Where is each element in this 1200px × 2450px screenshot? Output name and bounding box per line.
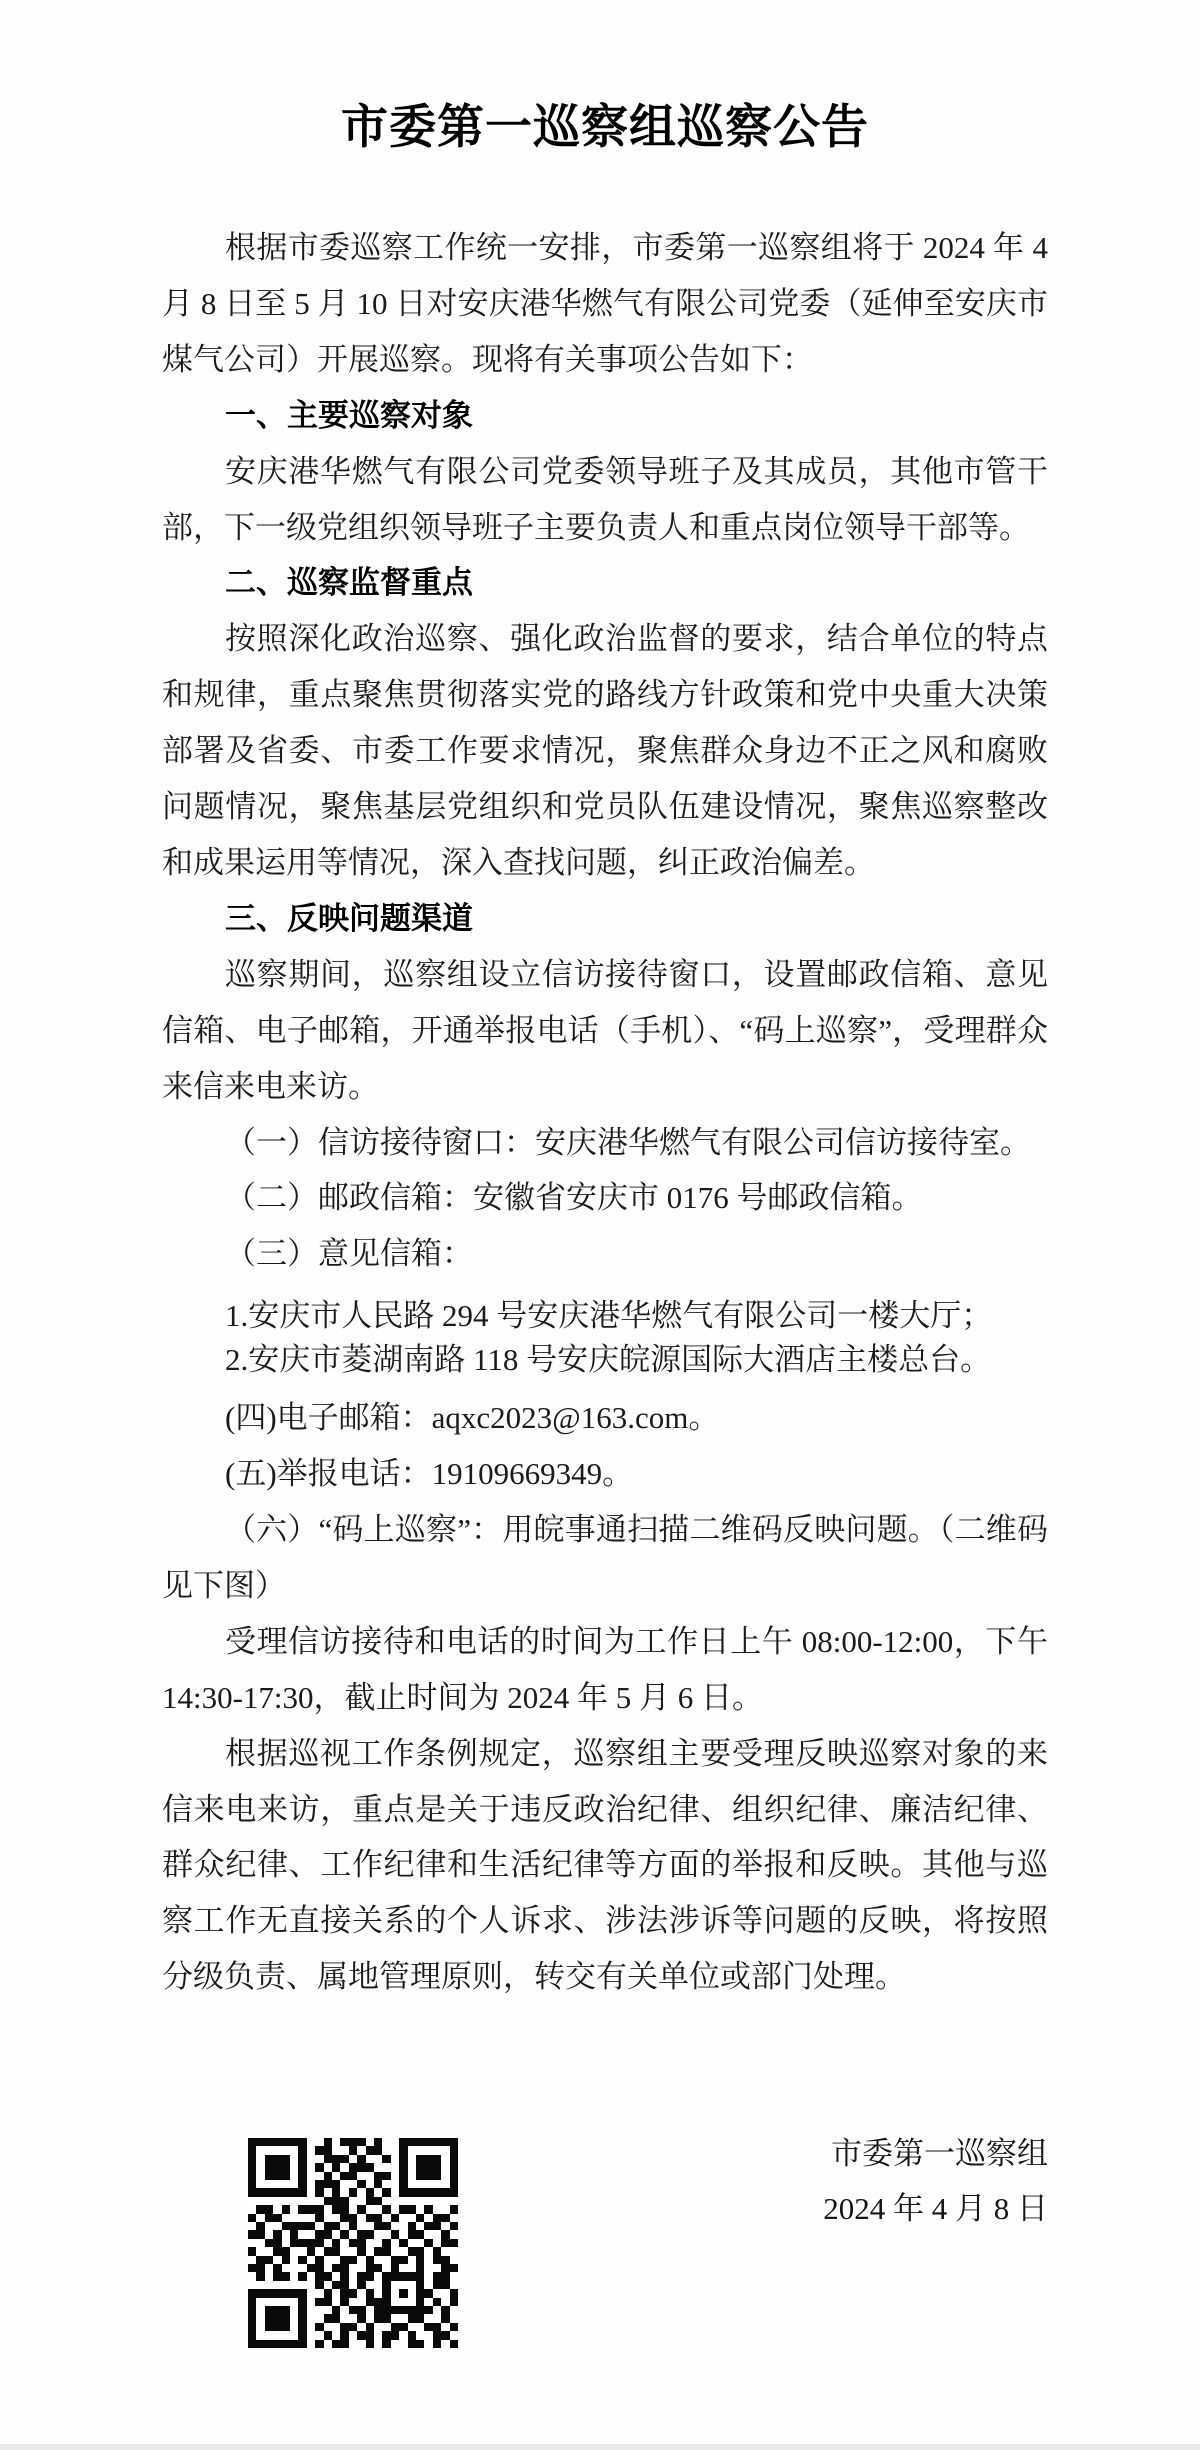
qr-module-light: [248, 2197, 256, 2205]
qr-module-dark: [340, 2172, 348, 2180]
qr-module-light: [424, 2214, 432, 2222]
qr-module-dark: [382, 2188, 390, 2196]
qr-module-dark: [298, 2180, 306, 2188]
qr-module-light: [374, 2323, 382, 2331]
qr-module-light: [391, 2172, 399, 2180]
qr-module-light: [357, 2188, 365, 2196]
qr-module-dark: [248, 2289, 256, 2297]
qr-module-dark: [450, 2180, 458, 2188]
qr-module-light: [424, 2314, 432, 2322]
qr-module-dark: [408, 2306, 416, 2314]
qr-module-light: [349, 2314, 357, 2322]
qr-module-dark: [349, 2188, 357, 2196]
qr-module-dark: [424, 2138, 432, 2146]
qr-module-dark: [307, 2239, 315, 2247]
qr-module-dark: [399, 2163, 407, 2171]
qr-module-light: [307, 2272, 315, 2280]
qr-module-light: [349, 2264, 357, 2272]
qr-module-light: [290, 2146, 298, 2154]
qr-module-dark: [265, 2289, 273, 2297]
qr-module-light: [307, 2314, 315, 2322]
qr-module-light: [265, 2247, 273, 2255]
qr-module-light: [374, 2256, 382, 2264]
qr-module-dark: [399, 2188, 407, 2196]
qr-module-dark: [273, 2138, 281, 2146]
qr-module-dark: [298, 2163, 306, 2171]
qr-module-dark: [273, 2323, 281, 2331]
qr-module-light: [349, 2298, 357, 2306]
qr-module-dark: [416, 2298, 424, 2306]
qr-module-light: [424, 2230, 432, 2238]
qr-module-light: [391, 2289, 399, 2297]
qr-module-light: [332, 2298, 340, 2306]
qr-module-dark: [366, 2256, 374, 2264]
qr-module-dark: [441, 2214, 449, 2222]
qr-module-dark: [256, 2205, 264, 2213]
qr-module-light: [340, 2306, 348, 2314]
qr-module-dark: [399, 2272, 407, 2280]
qr-module-dark: [366, 2331, 374, 2339]
qr-module-dark: [357, 2306, 365, 2314]
qr-module-dark: [382, 2331, 390, 2339]
qr-module-dark: [382, 2155, 390, 2163]
qr-module-dark: [450, 2222, 458, 2230]
qr-module-dark: [357, 2281, 365, 2289]
qr-module-dark: [340, 2272, 348, 2280]
qr-module-dark: [366, 2230, 374, 2238]
qr-module-light: [366, 2138, 374, 2146]
qr-module-dark: [382, 2247, 390, 2255]
qr-module-dark: [315, 2205, 323, 2213]
qr-module-dark: [248, 2163, 256, 2171]
qr-module-dark: [424, 2323, 432, 2331]
qr-module-light: [248, 2222, 256, 2230]
qr-module-dark: [391, 2230, 399, 2238]
qr-module-dark: [357, 2155, 365, 2163]
qr-module-dark: [324, 2180, 332, 2188]
qr-module-dark: [298, 2155, 306, 2163]
qr-module-dark: [357, 2180, 365, 2188]
qr-module-dark: [399, 2205, 407, 2213]
qr-module-light: [357, 2289, 365, 2297]
qr-module-dark: [340, 2230, 348, 2238]
qr-module-light: [307, 2180, 315, 2188]
qr-module-light: [256, 2306, 264, 2314]
qr-module-light: [349, 2247, 357, 2255]
qr-module-light: [366, 2155, 374, 2163]
channel-postal-box: （二）邮政信箱：安徽省安庆市 0176 号邮政信箱。: [162, 1170, 1048, 1226]
qr-module-light: [282, 2331, 290, 2339]
qr-module-dark: [340, 2340, 348, 2348]
qr-module-dark: [374, 2247, 382, 2255]
qr-module-dark: [433, 2172, 441, 2180]
qr-module-dark: [357, 2205, 365, 2213]
qr-module-dark: [282, 2155, 290, 2163]
qr-module-dark: [374, 2264, 382, 2272]
qr-module-dark: [408, 2272, 416, 2280]
qr-module-light: [265, 2180, 273, 2188]
qr-module-dark: [315, 2188, 323, 2196]
qr-module-light: [298, 2247, 306, 2255]
qr-module-dark: [416, 2214, 424, 2222]
qr-module-dark: [273, 2306, 281, 2314]
heading-feedback-channels: 三、反映问题渠道: [162, 891, 1048, 947]
qr-module-light: [273, 2331, 281, 2339]
qr-module-light: [416, 2331, 424, 2339]
qr-module-dark: [408, 2205, 416, 2213]
qr-module-light: [265, 2197, 273, 2205]
qr-module-dark: [399, 2146, 407, 2154]
qr-module-light: [416, 2197, 424, 2205]
qr-module-light: [290, 2272, 298, 2280]
suggestion-box-location-2: 2.安庆市菱湖南路 118 号安庆皖源国际大酒店主楼总台。: [162, 1338, 1048, 1382]
qr-module-light: [382, 2197, 390, 2205]
heading-supervision-focus: 二、巡察监督重点: [162, 555, 1048, 611]
qr-module-dark: [357, 2314, 365, 2322]
qr-module-light: [374, 2230, 382, 2238]
qr-module-dark: [282, 2256, 290, 2264]
qr-module-light: [248, 2272, 256, 2280]
qr-module-light: [265, 2222, 273, 2230]
qr-module-light: [391, 2138, 399, 2146]
qr-module-dark: [399, 2180, 407, 2188]
qr-module-light: [290, 2155, 298, 2163]
qr-module-dark: [416, 2172, 424, 2180]
qr-module-light: [315, 2247, 323, 2255]
qr-module-dark: [282, 2272, 290, 2280]
qr-module-light: [374, 2289, 382, 2297]
qr-module-dark: [340, 2289, 348, 2297]
qr-module-dark: [433, 2214, 441, 2222]
qr-module-light: [433, 2197, 441, 2205]
qr-module-dark: [399, 2256, 407, 2264]
qr-module-light: [374, 2188, 382, 2196]
qr-module-dark: [332, 2306, 340, 2314]
qr-module-dark: [256, 2188, 264, 2196]
qr-module-light: [307, 2138, 315, 2146]
qr-module-light: [408, 2155, 416, 2163]
qr-module-light: [349, 2155, 357, 2163]
scope-paragraph: 根据巡视工作条例规定，巡察组主要受理反映巡察对象的来信来电来访，重点是关于违反政…: [162, 1726, 1048, 2006]
qr-module-dark: [290, 2222, 298, 2230]
qr-module-light: [256, 2214, 264, 2222]
qr-module-light: [399, 2340, 407, 2348]
qr-module-dark: [382, 2205, 390, 2213]
qr-module-dark: [332, 2222, 340, 2230]
qr-module-dark: [433, 2222, 441, 2230]
qr-module-dark: [382, 2239, 390, 2247]
qr-module-dark: [290, 2138, 298, 2146]
qr-module-dark: [324, 2272, 332, 2280]
qr-module-dark: [374, 2222, 382, 2230]
qr-module-light: [391, 2239, 399, 2247]
qr-module-light: [357, 2146, 365, 2154]
qr-module-dark: [391, 2256, 399, 2264]
qr-module-light: [441, 2155, 449, 2163]
qr-module-light: [450, 2331, 458, 2339]
qr-module-dark: [315, 2340, 323, 2348]
qr-module-light: [273, 2197, 281, 2205]
page-bottom-edge: [0, 2444, 1200, 2450]
qr-module-light: [290, 2205, 298, 2213]
channel-suggestion-box: （三）意见信箱：: [162, 1226, 1048, 1282]
qr-module-light: [307, 2155, 315, 2163]
qr-module-light: [248, 2239, 256, 2247]
qr-module-light: [441, 2197, 449, 2205]
qr-module-dark: [450, 2323, 458, 2331]
qr-module-dark: [265, 2314, 273, 2322]
qr-module-light: [416, 2323, 424, 2331]
qr-module-light: [265, 2230, 273, 2238]
qr-module-light: [298, 2197, 306, 2205]
qr-module-light: [273, 2256, 281, 2264]
qr-module-dark: [282, 2314, 290, 2322]
qr-module-light: [324, 2306, 332, 2314]
qr-module-light: [265, 2264, 273, 2272]
qr-module-light: [450, 2314, 458, 2322]
qr-module-light: [324, 2256, 332, 2264]
channel-reception-window: （一）信访接待窗口：安庆港华燃气有限公司信访接待室。: [162, 1115, 1048, 1171]
qr-module-light: [399, 2222, 407, 2230]
qr-module-dark: [441, 2256, 449, 2264]
qr-module-light: [366, 2247, 374, 2255]
qr-module-light: [424, 2256, 432, 2264]
qr-module-light: [307, 2163, 315, 2171]
qr-module-light: [324, 2205, 332, 2213]
qr-module-dark: [248, 2306, 256, 2314]
qr-module-light: [282, 2146, 290, 2154]
qr-module-dark: [374, 2314, 382, 2322]
qr-module-dark: [450, 2163, 458, 2171]
qr-module-light: [307, 2340, 315, 2348]
qr-module-dark: [349, 2256, 357, 2264]
qr-module-light: [416, 2222, 424, 2230]
qr-module-dark: [324, 2172, 332, 2180]
qr-module-dark: [265, 2205, 273, 2213]
qr-module-light: [424, 2272, 432, 2280]
qr-module-dark: [332, 2340, 340, 2348]
qr-module-dark: [450, 2289, 458, 2297]
qr-module-dark: [340, 2323, 348, 2331]
qr-module-dark: [340, 2331, 348, 2339]
qr-module-light: [408, 2197, 416, 2205]
qr-module-light: [298, 2264, 306, 2272]
qr-module-light: [433, 2180, 441, 2188]
qr-module-dark: [324, 2230, 332, 2238]
qr-module-dark: [424, 2289, 432, 2297]
qr-module-dark: [256, 2289, 264, 2297]
qr-module-light: [307, 2146, 315, 2154]
qr-module-light: [256, 2146, 264, 2154]
qr-module-dark: [298, 2272, 306, 2280]
qr-module-dark: [441, 2239, 449, 2247]
qr-module-dark: [357, 2239, 365, 2247]
qr-module-light: [366, 2222, 374, 2230]
qr-module-dark: [416, 2289, 424, 2297]
qr-module-dark: [374, 2138, 382, 2146]
qr-module-light: [315, 2331, 323, 2339]
qr-module-light: [265, 2146, 273, 2154]
qr-module-light: [340, 2314, 348, 2322]
focus-paragraph: 按照深化政治巡察、强化政治监督的要求，结合单位的特点和规律，重点聚焦贯彻落实党的…: [162, 611, 1048, 891]
document-body: 根据市委巡察工作统一安排，市委第一巡察组将于 2024 年 4 月 8 日至 5…: [162, 220, 1048, 2005]
qr-module-dark: [324, 2155, 332, 2163]
qr-module-light: [391, 2188, 399, 2196]
qr-module-light: [399, 2314, 407, 2322]
qr-module-light: [349, 2205, 357, 2213]
qr-module-light: [408, 2239, 416, 2247]
qr-module-dark: [282, 2138, 290, 2146]
qr-module-light: [307, 2298, 315, 2306]
intro-paragraph: 根据市委巡察工作统一安排，市委第一巡察组将于 2024 年 4 月 8 日至 5…: [162, 220, 1048, 388]
qr-module-dark: [408, 2314, 416, 2322]
qr-module-light: [391, 2314, 399, 2322]
qr-module-light: [366, 2239, 374, 2247]
qr-module-light: [408, 2298, 416, 2306]
qr-module-light: [374, 2239, 382, 2247]
qr-module-dark: [416, 2306, 424, 2314]
qr-module-light: [282, 2230, 290, 2238]
qr-module-light: [450, 2197, 458, 2205]
qr-module-light: [424, 2146, 432, 2154]
qr-module-light: [248, 2205, 256, 2213]
qr-module-dark: [332, 2314, 340, 2322]
qr-module-light: [441, 2172, 449, 2180]
qr-module-light: [399, 2264, 407, 2272]
qr-module-dark: [273, 2230, 281, 2238]
qr-module-light: [450, 2272, 458, 2280]
qr-module-dark: [433, 2281, 441, 2289]
qr-module-dark: [391, 2306, 399, 2314]
qr-module-light: [366, 2180, 374, 2188]
qr-module-light: [256, 2163, 264, 2171]
qr-module-dark: [273, 2289, 281, 2297]
qr-module-dark: [441, 2230, 449, 2238]
qr-module-light: [307, 2306, 315, 2314]
qr-module-dark: [416, 2281, 424, 2289]
qr-module-dark: [324, 2222, 332, 2230]
qr-module-light: [441, 2163, 449, 2171]
qr-module-dark: [315, 2239, 323, 2247]
qr-module-light: [290, 2180, 298, 2188]
qr-module-light: [315, 2138, 323, 2146]
qr-module-light: [340, 2247, 348, 2255]
channel-email: (四)电子邮箱：aqxc2023@163.com。: [162, 1390, 1048, 1446]
qr-module-dark: [349, 2323, 357, 2331]
qr-module-light: [399, 2214, 407, 2222]
qr-module-light: [256, 2247, 264, 2255]
qr-module-dark: [248, 2230, 256, 2238]
qr-module-dark: [332, 2155, 340, 2163]
qr-module-dark: [282, 2188, 290, 2196]
qr-module-dark: [290, 2289, 298, 2297]
qr-module-light: [424, 2264, 432, 2272]
qr-module-light: [408, 2323, 416, 2331]
qr-module-light: [307, 2197, 315, 2205]
qr-module-dark: [366, 2197, 374, 2205]
qr-module-dark: [315, 2180, 323, 2188]
qr-module-dark: [340, 2155, 348, 2163]
qr-module-dark: [399, 2306, 407, 2314]
qr-module-dark: [441, 2331, 449, 2339]
qr-module-dark: [433, 2340, 441, 2348]
qr-module-dark: [374, 2146, 382, 2154]
qr-module-light: [391, 2247, 399, 2255]
qr-module-dark: [408, 2340, 416, 2348]
qr-module-dark: [349, 2172, 357, 2180]
qr-module-dark: [324, 2331, 332, 2339]
qr-module-light: [366, 2314, 374, 2322]
qr-module-dark: [349, 2146, 357, 2154]
qr-module-dark: [332, 2163, 340, 2171]
qr-module-light: [391, 2281, 399, 2289]
document-content: 市委第一巡察组巡察公告 根据市委巡察工作统一安排，市委第一巡察组将于 2024 …: [162, 0, 1048, 2236]
qr-module-dark: [450, 2340, 458, 2348]
qr-module-light: [324, 2264, 332, 2272]
qr-module-dark: [416, 2314, 424, 2322]
qr-module-light: [357, 2214, 365, 2222]
qr-module-dark: [382, 2172, 390, 2180]
qr-module-dark: [315, 2230, 323, 2238]
qr-module-dark: [273, 2214, 281, 2222]
qr-module-dark: [282, 2163, 290, 2171]
qr-module-light: [408, 2163, 416, 2171]
qr-module-light: [340, 2239, 348, 2247]
qr-module-dark: [273, 2340, 281, 2348]
qr-module-light: [307, 2188, 315, 2196]
qr-module-dark: [357, 2163, 365, 2171]
qr-module-light: [408, 2214, 416, 2222]
qr-module-light: [332, 2230, 340, 2238]
qr-module-light: [382, 2138, 390, 2146]
qr-module-light: [441, 2289, 449, 2297]
qr-module-light: [382, 2163, 390, 2171]
qr-module-dark: [416, 2247, 424, 2255]
qr-module-dark: [332, 2197, 340, 2205]
qr-module-dark: [298, 2298, 306, 2306]
qr-module-dark: [399, 2289, 407, 2297]
qr-module-dark: [357, 2247, 365, 2255]
qr-module-dark: [416, 2188, 424, 2196]
qr-module-light: [433, 2239, 441, 2247]
qr-module-dark: [324, 2247, 332, 2255]
qr-module-dark: [290, 2188, 298, 2196]
qr-module-light: [273, 2146, 281, 2154]
qr-module-dark: [298, 2205, 306, 2213]
qr-module-dark: [273, 2188, 281, 2196]
qr-module-light: [382, 2256, 390, 2264]
qr-module-dark: [382, 2314, 390, 2322]
qr-module-dark: [315, 2272, 323, 2280]
qr-module-dark: [273, 2314, 281, 2322]
qr-module-dark: [256, 2222, 264, 2230]
qr-module-light: [290, 2331, 298, 2339]
channels-paragraph: 巡察期间，巡察组设立信访接待窗口，设置邮政信箱、意见信箱、电子邮箱，开通举报电话…: [162, 947, 1048, 1115]
qr-module-light: [349, 2331, 357, 2339]
qr-module-dark: [282, 2323, 290, 2331]
qr-module-light: [424, 2298, 432, 2306]
qr-module-light: [357, 2340, 365, 2348]
qr-module-dark: [374, 2306, 382, 2314]
qr-module-light: [382, 2264, 390, 2272]
qr-module-dark: [374, 2197, 382, 2205]
qr-module-light: [349, 2197, 357, 2205]
qr-module-dark: [433, 2272, 441, 2280]
qr-module-light: [357, 2172, 365, 2180]
qr-module-dark: [324, 2289, 332, 2297]
qr-module-dark: [433, 2256, 441, 2264]
qr-module-light: [256, 2180, 264, 2188]
